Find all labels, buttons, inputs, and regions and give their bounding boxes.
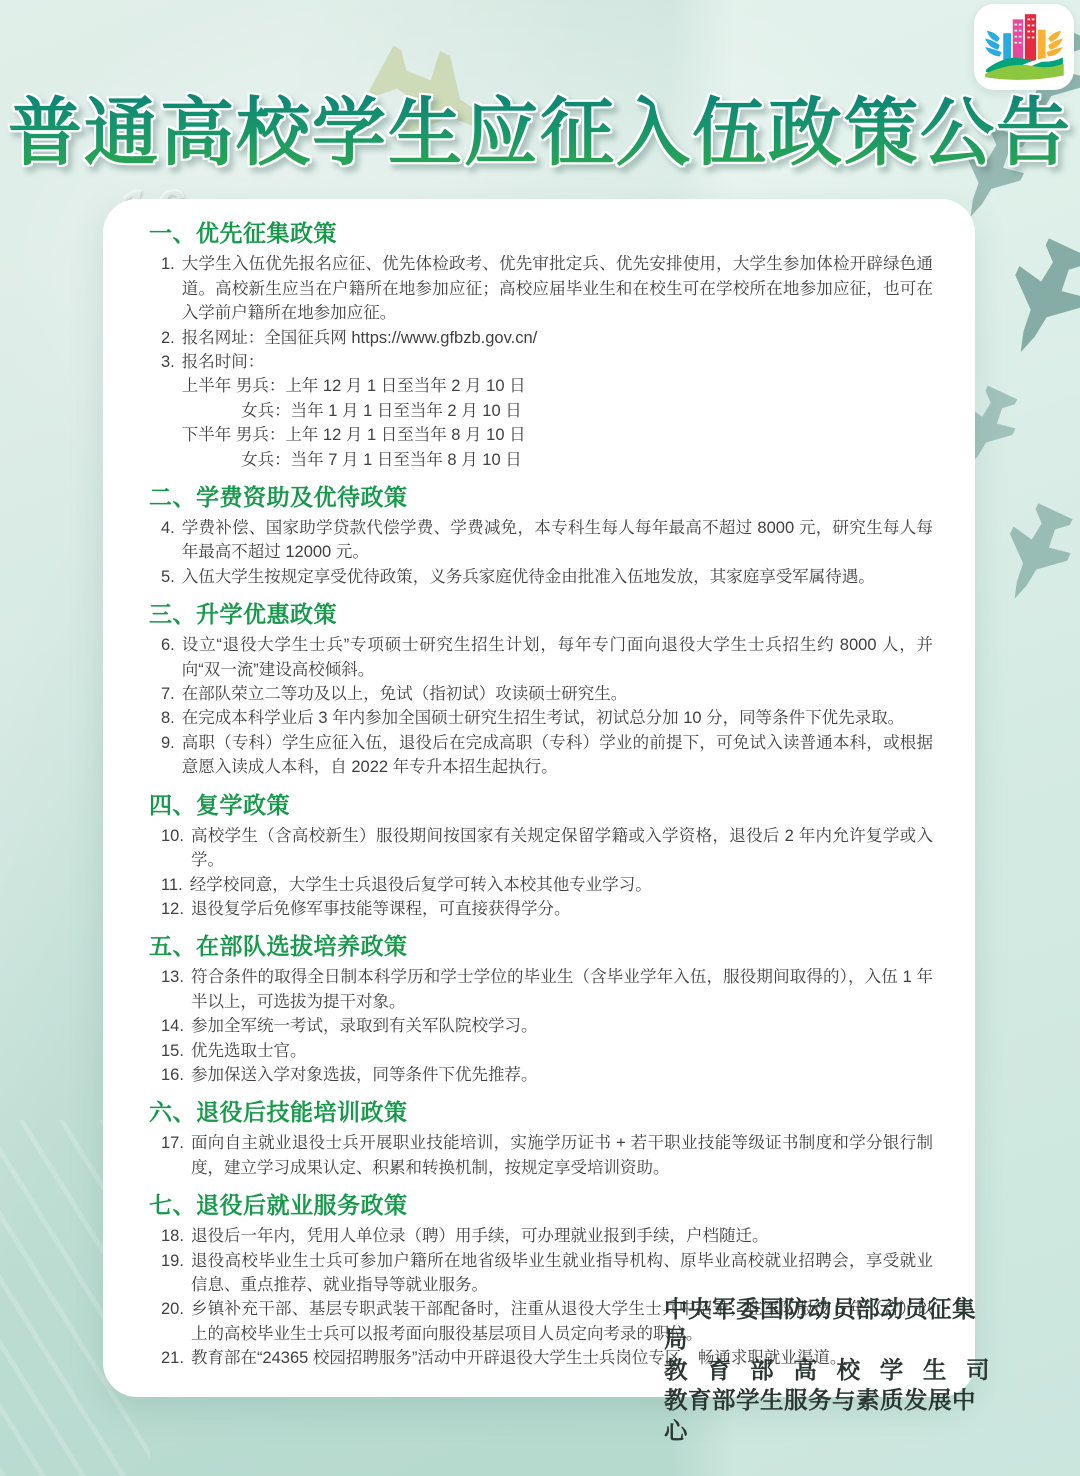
item-text: 在部队荣立二等功及以上，免试（指初试）攻读硕士研究生。: [182, 682, 933, 706]
item-text: 报名时间： 上半年 男兵：上年 12 月 1 日至当年 2 月 10 日女兵：当…: [182, 350, 933, 472]
policy-item: 12. 退役复学后免修军事技能等课程，可直接获得学分。: [147, 897, 933, 921]
section-heading: 二、学费资助及优待政策: [149, 485, 933, 510]
item-number: 15.: [161, 1039, 184, 1063]
policy-item: 19. 退役高校毕业生士兵可参加户籍所在地省级毕业生就业指导机构、原毕业高校就业…: [147, 1249, 933, 1298]
section-heading: 七、退役后就业服务政策: [149, 1193, 933, 1218]
item-body: 面向自主就业退役士兵开展职业技能培训，实施学历证书 + 若干职业技能等级证书制度…: [191, 1134, 933, 1176]
section-heading: 五、在部队选拔培养政策: [149, 934, 933, 959]
schedule-line: 下半年 男兵：上年 12 月 1 日至当年 8 月 10 日: [182, 423, 933, 447]
item-text: 优先选取士官。: [191, 1039, 933, 1063]
item-text: 在完成本科学业后 3 年内参加全国硕士研究生招生考试，初试总分加 10 分，同等…: [182, 706, 933, 730]
policy-item: 15. 优先选取士官。: [147, 1039, 933, 1063]
policy-item: 2. 报名网址：全国征兵网 https://www.gfbzb.gov.cn/: [147, 326, 933, 350]
policy-item: 14. 参加全军统一考试，录取到有关军队院校学习。: [147, 1014, 933, 1038]
item-number: 4.: [161, 516, 175, 540]
item-text: 退役后一年内，凭用人单位录（聘）用手续，可办理就业报到手续，户档随迁。: [191, 1224, 933, 1248]
policy-item: 17. 面向自主就业退役士兵开展职业技能培训，实施学历证书 + 若干职业技能等级…: [147, 1131, 933, 1180]
footer-issuers: 中央军委国防动员部动员征集局 教育部高校学生司 教育部学生服务与素质发展中心: [664, 1294, 990, 1447]
item-body: 参加保送入学对象选拔，同等条件下优先推荐。: [191, 1066, 538, 1084]
item-text: 学费补偿、国家助学贷款代偿学费、学费减免，本专科生每人每年最高不超过 8000 …: [182, 516, 933, 565]
item-body: 退役后一年内，凭用人单位录（聘）用手续，可办理就业报到手续，户档随迁。: [191, 1227, 769, 1245]
item-number: 12.: [161, 897, 184, 921]
item-text: 经学校同意，大学生士兵退役后复学可转入本校其他专业学习。: [190, 873, 933, 897]
item-text: 入伍大学生按规定享受优待政策，义务兵家庭优待金由批准入伍地发放，其家庭享受军属待…: [182, 565, 933, 589]
policy-section: 三、升学优惠政策 6. 设立“退役大学生士兵”专项硕士研究生招生计划，每年专门面…: [147, 602, 933, 779]
policy-item: 10. 高校学生（含高校新生）服役期间按国家有关规定保留学籍或入学资格，退役后 …: [147, 824, 933, 873]
policy-item: 9. 高职（专科）学生应征入伍，退役后在完成高职（专科）学业的前提下，可免试入读…: [147, 731, 933, 780]
item-number: 11.: [161, 873, 183, 897]
footer-line-1: 中央军委国防动员部动员征集局: [664, 1294, 990, 1355]
item-number: 17.: [161, 1131, 184, 1155]
policy-section: 四、复学政策 10. 高校学生（含高校新生）服役期间按国家有关规定保留学籍或入学…: [147, 793, 933, 922]
item-number: 6.: [161, 633, 175, 657]
policy-item: 16. 参加保送入学对象选拔，同等条件下优先推荐。: [147, 1063, 933, 1087]
item-body: 在完成本科学业后 3 年内参加全国硕士研究生招生考试，初试总分加 10 分，同等…: [182, 709, 904, 727]
item-body: 经学校同意，大学生士兵退役后复学可转入本校其他专业学习。: [190, 876, 652, 894]
item-body: 入伍大学生按规定享受优待政策，义务兵家庭优待金由批准入伍地发放，其家庭享受军属待…: [182, 568, 875, 586]
item-text: 面向自主就业退役士兵开展职业技能培训，实施学历证书 + 若干职业技能等级证书制度…: [191, 1131, 933, 1180]
section-items: 17. 面向自主就业退役士兵开展职业技能培训，实施学历证书 + 若干职业技能等级…: [147, 1131, 933, 1180]
policy-section: 二、学费资助及优待政策 4. 学费补偿、国家助学贷款代偿学费、学费减免，本专科生…: [147, 485, 933, 589]
item-schedule: 上半年 男兵：上年 12 月 1 日至当年 2 月 10 日女兵：当年 1 月 …: [182, 374, 933, 472]
section-heading: 三、升学优惠政策: [149, 602, 933, 627]
item-body: 符合条件的取得全日制本科学历和学士学位的毕业生（含毕业学年入伍，服役期间取得的）…: [191, 968, 933, 1010]
section-heading: 一、优先征集政策: [149, 221, 933, 246]
item-number: 21.: [161, 1346, 184, 1370]
item-text: 退役复学后免修军事技能等课程，可直接获得学分。: [191, 897, 933, 921]
item-body: 退役复学后免修军事技能等课程，可直接获得学分。: [191, 900, 571, 918]
policy-item: 4. 学费补偿、国家助学贷款代偿学费、学费减免，本专科生每人每年最高不超过 80…: [147, 516, 933, 565]
item-body: 报名时间：: [182, 353, 265, 371]
item-text: 设立“退役大学生士兵”专项硕士研究生招生计划，每年专门面向退役大学生士兵招生约 …: [182, 633, 933, 682]
item-number: 13.: [161, 965, 184, 989]
policy-item: 11. 经学校同意，大学生士兵退役后复学可转入本校其他专业学习。: [147, 873, 933, 897]
policy-item: 13. 符合条件的取得全日制本科学历和学士学位的毕业生（含毕业学年入伍，服役期间…: [147, 965, 933, 1014]
item-body: 参加全军统一考试，录取到有关军队院校学习。: [191, 1017, 538, 1035]
item-body: 在部队荣立二等功及以上，免试（指初试）攻读硕士研究生。: [182, 685, 628, 703]
item-body: 高职（专科）学生应征入伍，退役后在完成高职（专科）学业的前提下，可免试入读普通本…: [182, 734, 933, 776]
item-number: 9.: [161, 731, 175, 755]
item-body: 高校学生（含高校新生）服役期间按国家有关规定保留学籍或入学资格，退役后 2 年内…: [191, 827, 933, 869]
item-number: 8.: [161, 706, 175, 730]
item-body: 退役高校毕业生士兵可参加户籍所在地省级毕业生就业指导机构、原毕业高校就业招聘会，…: [191, 1252, 933, 1294]
policy-section: 一、优先征集政策 1. 大学生入伍优先报名应征、优先体检政考、优先审批定兵、优先…: [147, 221, 933, 472]
section-items: 10. 高校学生（含高校新生）服役期间按国家有关规定保留学籍或入学资格，退役后 …: [147, 824, 933, 922]
item-body: 报名网址：全国征兵网 https://www.gfbzb.gov.cn/: [182, 329, 537, 347]
policy-item: 6. 设立“退役大学生士兵”专项硕士研究生招生计划，每年专门面向退役大学生士兵招…: [147, 633, 933, 682]
item-body: 大学生入伍优先报名应征、优先体检政考、优先审批定兵、优先安排使用，大学生参加体检…: [182, 255, 933, 322]
item-text: 参加全军统一考试，录取到有关军队院校学习。: [191, 1014, 933, 1038]
item-text: 符合条件的取得全日制本科学历和学士学位的毕业生（含毕业学年入伍，服役期间取得的）…: [191, 965, 933, 1014]
policy-item: 5. 入伍大学生按规定享受优待政策，义务兵家庭优待金由批准入伍地发放，其家庭享受…: [147, 565, 933, 589]
item-number: 16.: [161, 1063, 184, 1087]
section-heading: 六、退役后技能培训政策: [149, 1100, 933, 1125]
item-text: 高校学生（含高校新生）服役期间按国家有关规定保留学籍或入学资格，退役后 2 年内…: [191, 824, 933, 873]
section-heading: 四、复学政策: [149, 793, 933, 818]
section-items: 6. 设立“退役大学生士兵”专项硕士研究生招生计划，每年专门面向退役大学生士兵招…: [147, 633, 933, 779]
footer-line-2: 教育部高校学生司: [664, 1355, 990, 1386]
poster: 16: [0, 0, 1080, 1476]
policy-item: 18. 退役后一年内，凭用人单位录（聘）用手续，可办理就业报到手续，户档随迁。: [147, 1224, 933, 1248]
item-number: 1.: [161, 252, 175, 276]
schedule-line: 女兵：当年 7 月 1 日至当年 8 月 10 日: [241, 448, 933, 472]
poster-title-text: 普通高校学生应征入伍政策公告: [8, 92, 1072, 173]
item-text: 参加保送入学对象选拔，同等条件下优先推荐。: [191, 1063, 933, 1087]
policy-item: 8. 在完成本科学业后 3 年内参加全国硕士研究生招生考试，初试总分加 10 分…: [147, 706, 933, 730]
item-text: 报名网址：全国征兵网 https://www.gfbzb.gov.cn/: [182, 326, 933, 350]
policy-section: 五、在部队选拔培养政策 13. 符合条件的取得全日制本科学历和学士学位的毕业生（…: [147, 934, 933, 1087]
policy-item: 3. 报名时间： 上半年 男兵：上年 12 月 1 日至当年 2 月 10 日女…: [147, 350, 933, 472]
campus-buildings-logo: [974, 4, 1074, 90]
footer-line-3: 教育部学生服务与素质发展中心: [664, 1385, 990, 1446]
schedule-line: 上半年 男兵：上年 12 月 1 日至当年 2 月 10 日: [182, 374, 933, 398]
section-items: 4. 学费补偿、国家助学贷款代偿学费、学费减免，本专科生每人每年最高不超过 80…: [147, 516, 933, 589]
item-text: 大学生入伍优先报名应征、优先体检政考、优先审批定兵、优先安排使用，大学生参加体检…: [182, 252, 933, 325]
item-text: 退役高校毕业生士兵可参加户籍所在地省级毕业生就业指导机构、原毕业高校就业招聘会，…: [191, 1249, 933, 1298]
item-body: 设立“退役大学生士兵”专项硕士研究生招生计划，每年专门面向退役大学生士兵招生约 …: [182, 636, 933, 678]
policy-card: 一、优先征集政策 1. 大学生入伍优先报名应征、优先体检政考、优先审批定兵、优先…: [103, 199, 975, 1396]
item-text: 高职（专科）学生应征入伍，退役后在完成高职（专科）学业的前提下，可免试入读普通本…: [182, 731, 933, 780]
item-body: 学费补偿、国家助学贷款代偿学费、学费减免，本专科生每人每年最高不超过 8000 …: [182, 519, 933, 561]
item-number: 14.: [161, 1014, 184, 1038]
section-items: 13. 符合条件的取得全日制本科学历和学士学位的毕业生（含毕业学年入伍，服役期间…: [147, 965, 933, 1087]
item-number: 20.: [161, 1297, 184, 1321]
schedule-line: 女兵：当年 1 月 1 日至当年 2 月 10 日: [241, 399, 933, 423]
item-number: 2.: [161, 326, 175, 350]
item-number: 5.: [161, 565, 175, 589]
section-items: 1. 大学生入伍优先报名应征、优先体检政考、优先审批定兵、优先安排使用，大学生参…: [147, 252, 933, 472]
item-number: 7.: [161, 682, 175, 706]
item-number: 10.: [161, 824, 184, 848]
item-number: 18.: [161, 1224, 184, 1248]
item-number: 3.: [161, 350, 175, 374]
item-number: 19.: [161, 1249, 184, 1273]
policy-item: 7. 在部队荣立二等功及以上，免试（指初试）攻读硕士研究生。: [147, 682, 933, 706]
policy-section: 六、退役后技能培训政策 17. 面向自主就业退役士兵开展职业技能培训，实施学历证…: [147, 1100, 933, 1180]
policy-item: 1. 大学生入伍优先报名应征、优先体检政考、优先审批定兵、优先安排使用，大学生参…: [147, 252, 933, 325]
item-body: 优先选取士官。: [191, 1042, 307, 1060]
poster-title: 普通高校学生应征入伍政策公告: [0, 0, 1080, 173]
campus-buildings-logo-icon: [980, 9, 1068, 85]
